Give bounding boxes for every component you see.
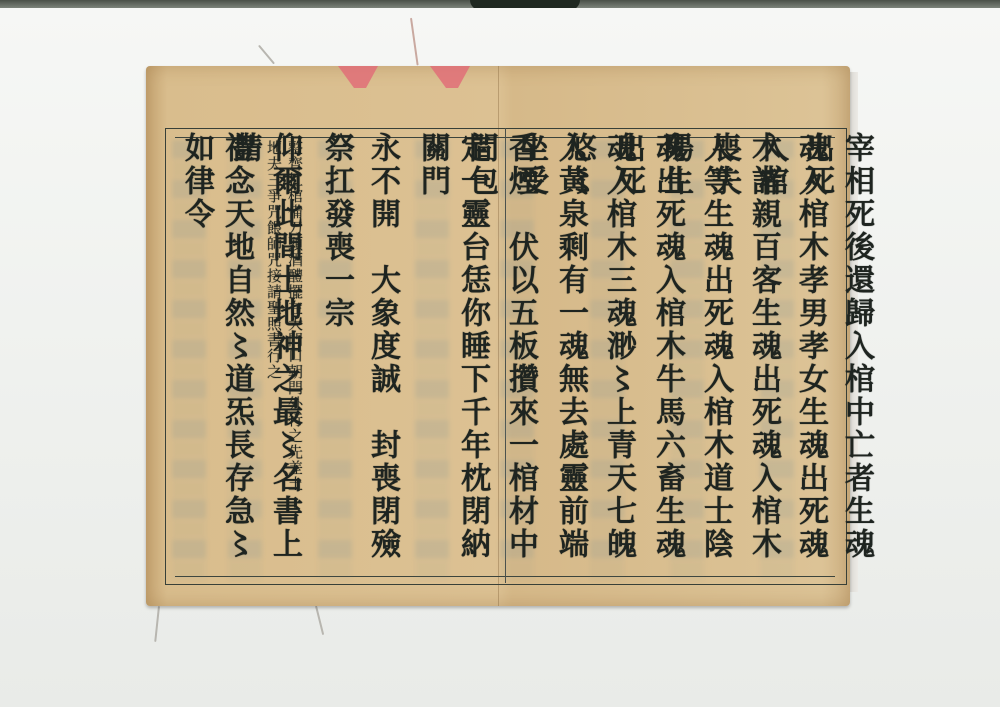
- text-column-l4: 祭扛發喪一宗: [316, 132, 356, 592]
- text-column-l3: 永不開 大象度誠 封喪閉殮: [362, 132, 402, 592]
- text-column-l6: 禮念天地自然〻道炁長存急〻如律令: [176, 132, 256, 592]
- text-column-l2: 定一靈台恁你睡下千年枕閉納關門: [412, 132, 492, 592]
- scanner-edge: [0, 0, 1000, 8]
